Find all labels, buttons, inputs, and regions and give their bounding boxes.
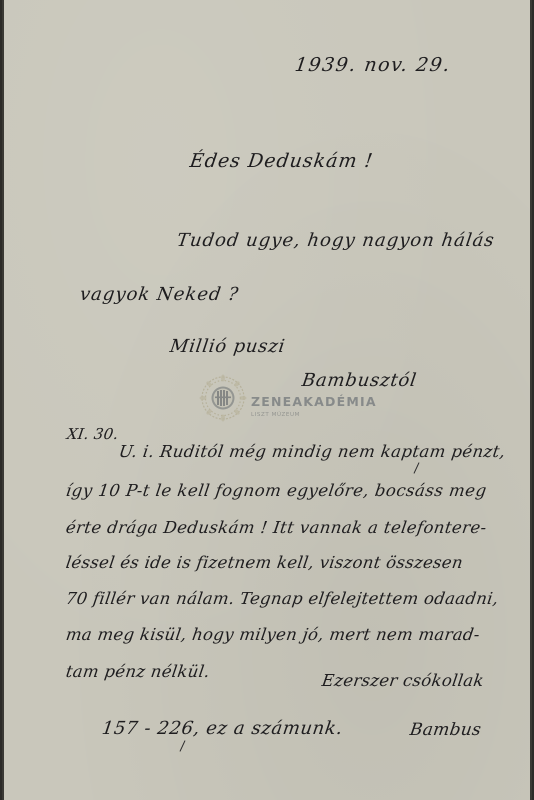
- laurel-wreath-organ-pipes-icon: [199, 374, 247, 422]
- body-line-6: ma meg kisül, hogy milyen jó, mert nem m…: [65, 625, 481, 644]
- museum-watermark: ZENEAKADÉMIA LISZT MÚZEUM: [199, 374, 369, 434]
- ink-stroke: [414, 462, 420, 473]
- scan-edge-left: [2, 0, 4, 800]
- postscript-date: XI. 30.: [66, 425, 120, 443]
- letter-date: 1939. nov. 29.: [293, 54, 452, 76]
- signature: Bambus: [409, 720, 483, 740]
- closing-line: Ezerszer csókollak: [321, 671, 485, 690]
- body-line-1: U. i. Ruditól még mindig nem kaptam pénz…: [118, 442, 507, 461]
- body-line-3: érte drága Deduskám ! Itt vannak a telef…: [65, 518, 488, 537]
- letter-page: 1939. nov. 29. Édes Deduskám ! Tudod ugy…: [2, 0, 532, 800]
- body-line-2: így 10 P-t le kell fognom egyelőre, bocs…: [65, 481, 488, 500]
- body-line-7: tam pénz nélkül.: [65, 662, 212, 681]
- ink-stroke: [180, 740, 186, 751]
- watermark-subtitle: LISZT MÚZEUM: [251, 412, 300, 418]
- body-line-4: léssel és ide is fizetnem kell, viszont …: [65, 553, 465, 572]
- watermark-title: ZENEAKADÉMIA: [251, 394, 377, 409]
- opening-line-2: vagyok Neked ?: [79, 284, 241, 305]
- opening-line-1: Tudod ugye, hogy nagyon hálás: [176, 230, 497, 251]
- body-line-5: 70 fillér van nálam. Tegnap elfelejtette…: [65, 589, 500, 608]
- phone-number-note: 157 - 226, ez a számunk.: [101, 718, 345, 739]
- salutation: Édes Deduskám !: [188, 150, 374, 172]
- opening-line-3: Millió puszi: [169, 336, 287, 357]
- scan-edge-right: [530, 0, 532, 800]
